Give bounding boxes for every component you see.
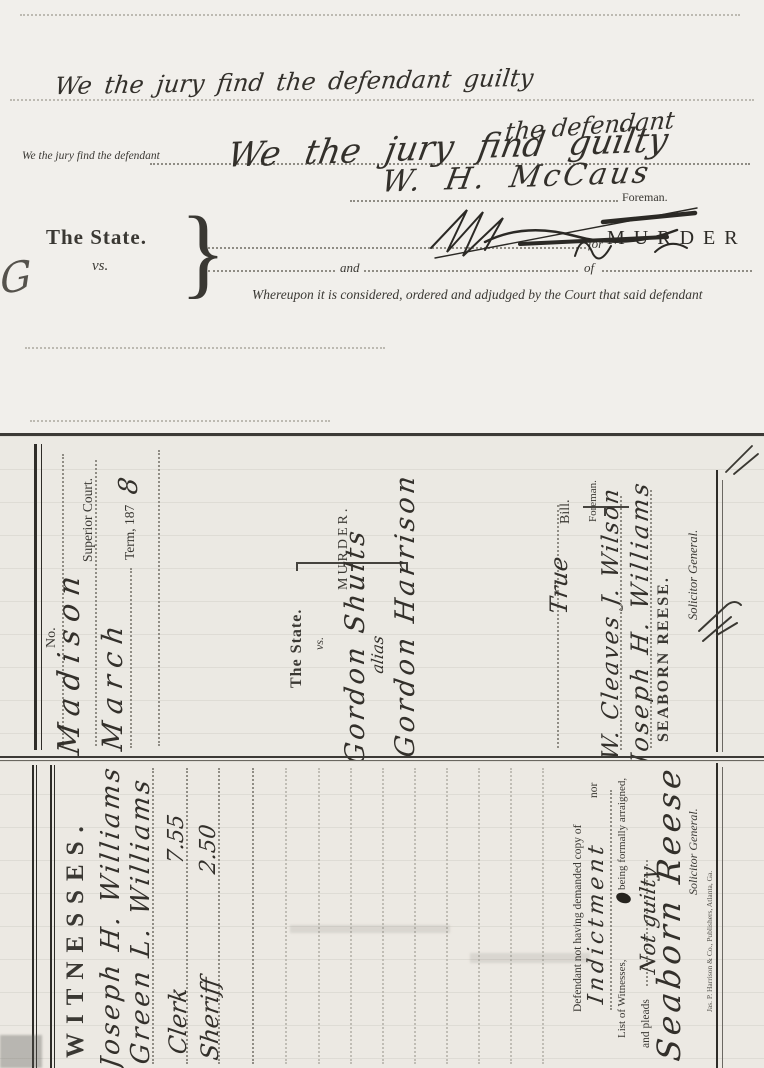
and-label: and bbox=[340, 260, 360, 276]
ruled-line bbox=[10, 99, 754, 101]
form-edge-line bbox=[34, 444, 37, 750]
ink-scribble bbox=[693, 583, 745, 653]
verdict-section: We the jury find the defendant guilty th… bbox=[0, 0, 764, 433]
printer-credit: Jas. P. Harrison & Co., Publishers, Atla… bbox=[705, 871, 714, 1012]
fold-line bbox=[0, 756, 764, 758]
ruled-line bbox=[285, 768, 287, 1064]
party-name: The State. bbox=[46, 225, 147, 250]
form-edge-line bbox=[36, 765, 37, 1068]
signature-fill-line bbox=[620, 496, 622, 750]
fee-role: Clerk bbox=[164, 986, 192, 1056]
bill-fill-line bbox=[557, 505, 559, 748]
column-rule bbox=[252, 768, 254, 1064]
scanned-court-document: We the jury find the defendant guilty th… bbox=[0, 0, 764, 1068]
ink-blot bbox=[615, 891, 632, 905]
term-year-handwritten: 8 bbox=[114, 475, 144, 496]
nor-label: nor bbox=[588, 783, 600, 798]
ruled-line bbox=[20, 14, 740, 16]
form-edge-line bbox=[32, 765, 34, 1068]
form-edge-line bbox=[41, 444, 42, 750]
witness-name: Joseph H. Williams bbox=[96, 763, 126, 1068]
ruled-line bbox=[25, 347, 385, 349]
fold-edge-line bbox=[716, 763, 718, 1068]
fee-amount: 7.55 bbox=[164, 813, 189, 865]
handwritten-verdict: We the jury find the defendant guilty bbox=[53, 64, 535, 100]
ink-scribble bbox=[425, 200, 710, 268]
brace-glyph: } bbox=[180, 193, 226, 310]
ruled-line bbox=[414, 768, 416, 1064]
ruled-line bbox=[446, 768, 448, 1064]
ruled-line bbox=[382, 768, 384, 1064]
solicitor-name: SEABORN REESE. bbox=[655, 576, 673, 742]
party-name: The State. bbox=[288, 609, 306, 688]
bleed-through-smudge bbox=[290, 925, 450, 933]
witnesses-heading: WITNESSES. bbox=[62, 817, 90, 1058]
column-rule bbox=[152, 768, 154, 1064]
column-rule bbox=[158, 450, 160, 746]
column-rule bbox=[650, 490, 652, 748]
arraignment-line1: Defendant not having demanded copy of bbox=[572, 825, 584, 1012]
ruled-line bbox=[478, 768, 480, 1064]
arraignment-line2a: List of Witnesses, bbox=[616, 960, 628, 1039]
term-handwritten: March bbox=[96, 616, 129, 753]
docket-section: No. Madison Superior Court. March Term, … bbox=[0, 436, 764, 756]
fee-role: Sheriff bbox=[196, 976, 224, 1062]
vs-label: vs. bbox=[312, 637, 327, 650]
caption-bracket-tick bbox=[296, 562, 298, 571]
defendant-alias-handwritten: Gordon Harrison bbox=[390, 471, 421, 760]
adjudication-line: Whereupon it is considered, ordered and … bbox=[252, 287, 703, 303]
term-label: Term, 187 bbox=[122, 505, 138, 560]
fill-line bbox=[602, 270, 752, 272]
county-handwritten: Madison bbox=[52, 566, 87, 757]
fill-line bbox=[610, 790, 612, 1010]
ink-scribble bbox=[722, 438, 762, 478]
margin-mark: G bbox=[0, 251, 32, 304]
bill-label: Bill. bbox=[558, 499, 574, 524]
fill-line bbox=[208, 270, 335, 272]
fold-edge-line bbox=[722, 767, 723, 1068]
printed-verdict-prompt: We the jury find the defendant bbox=[22, 150, 160, 162]
defendant-name-handwritten: Gordon Shults bbox=[340, 526, 371, 766]
alias-word-handwritten: alias bbox=[368, 634, 387, 674]
true-handwritten: True bbox=[545, 555, 573, 616]
fee-amount: 2.50 bbox=[196, 823, 221, 875]
ruled-line bbox=[318, 768, 320, 1064]
form-edge-line bbox=[54, 765, 55, 1068]
arraignment-line2b: being formally arraigned, bbox=[616, 778, 628, 890]
solicitor-signature: Seaborn Reese bbox=[650, 763, 688, 1063]
vs-label: vs. bbox=[92, 258, 108, 275]
fill-line bbox=[364, 270, 578, 272]
corner-smudge bbox=[0, 1035, 42, 1068]
term-fill-line bbox=[130, 568, 132, 748]
ruled-line bbox=[510, 768, 512, 1064]
court-label: Superior Court. bbox=[80, 478, 96, 562]
ruled-line bbox=[30, 420, 330, 422]
form-edge-line bbox=[50, 765, 52, 1068]
ruled-line bbox=[542, 768, 544, 1064]
ruled-line bbox=[350, 768, 352, 1064]
indictment-handwritten: Indictment bbox=[584, 840, 609, 1006]
witness-section: WITNESSES. Joseph H. Williams Green L. W… bbox=[0, 761, 764, 1068]
solicitor-title: Solicitor General. bbox=[686, 808, 701, 895]
